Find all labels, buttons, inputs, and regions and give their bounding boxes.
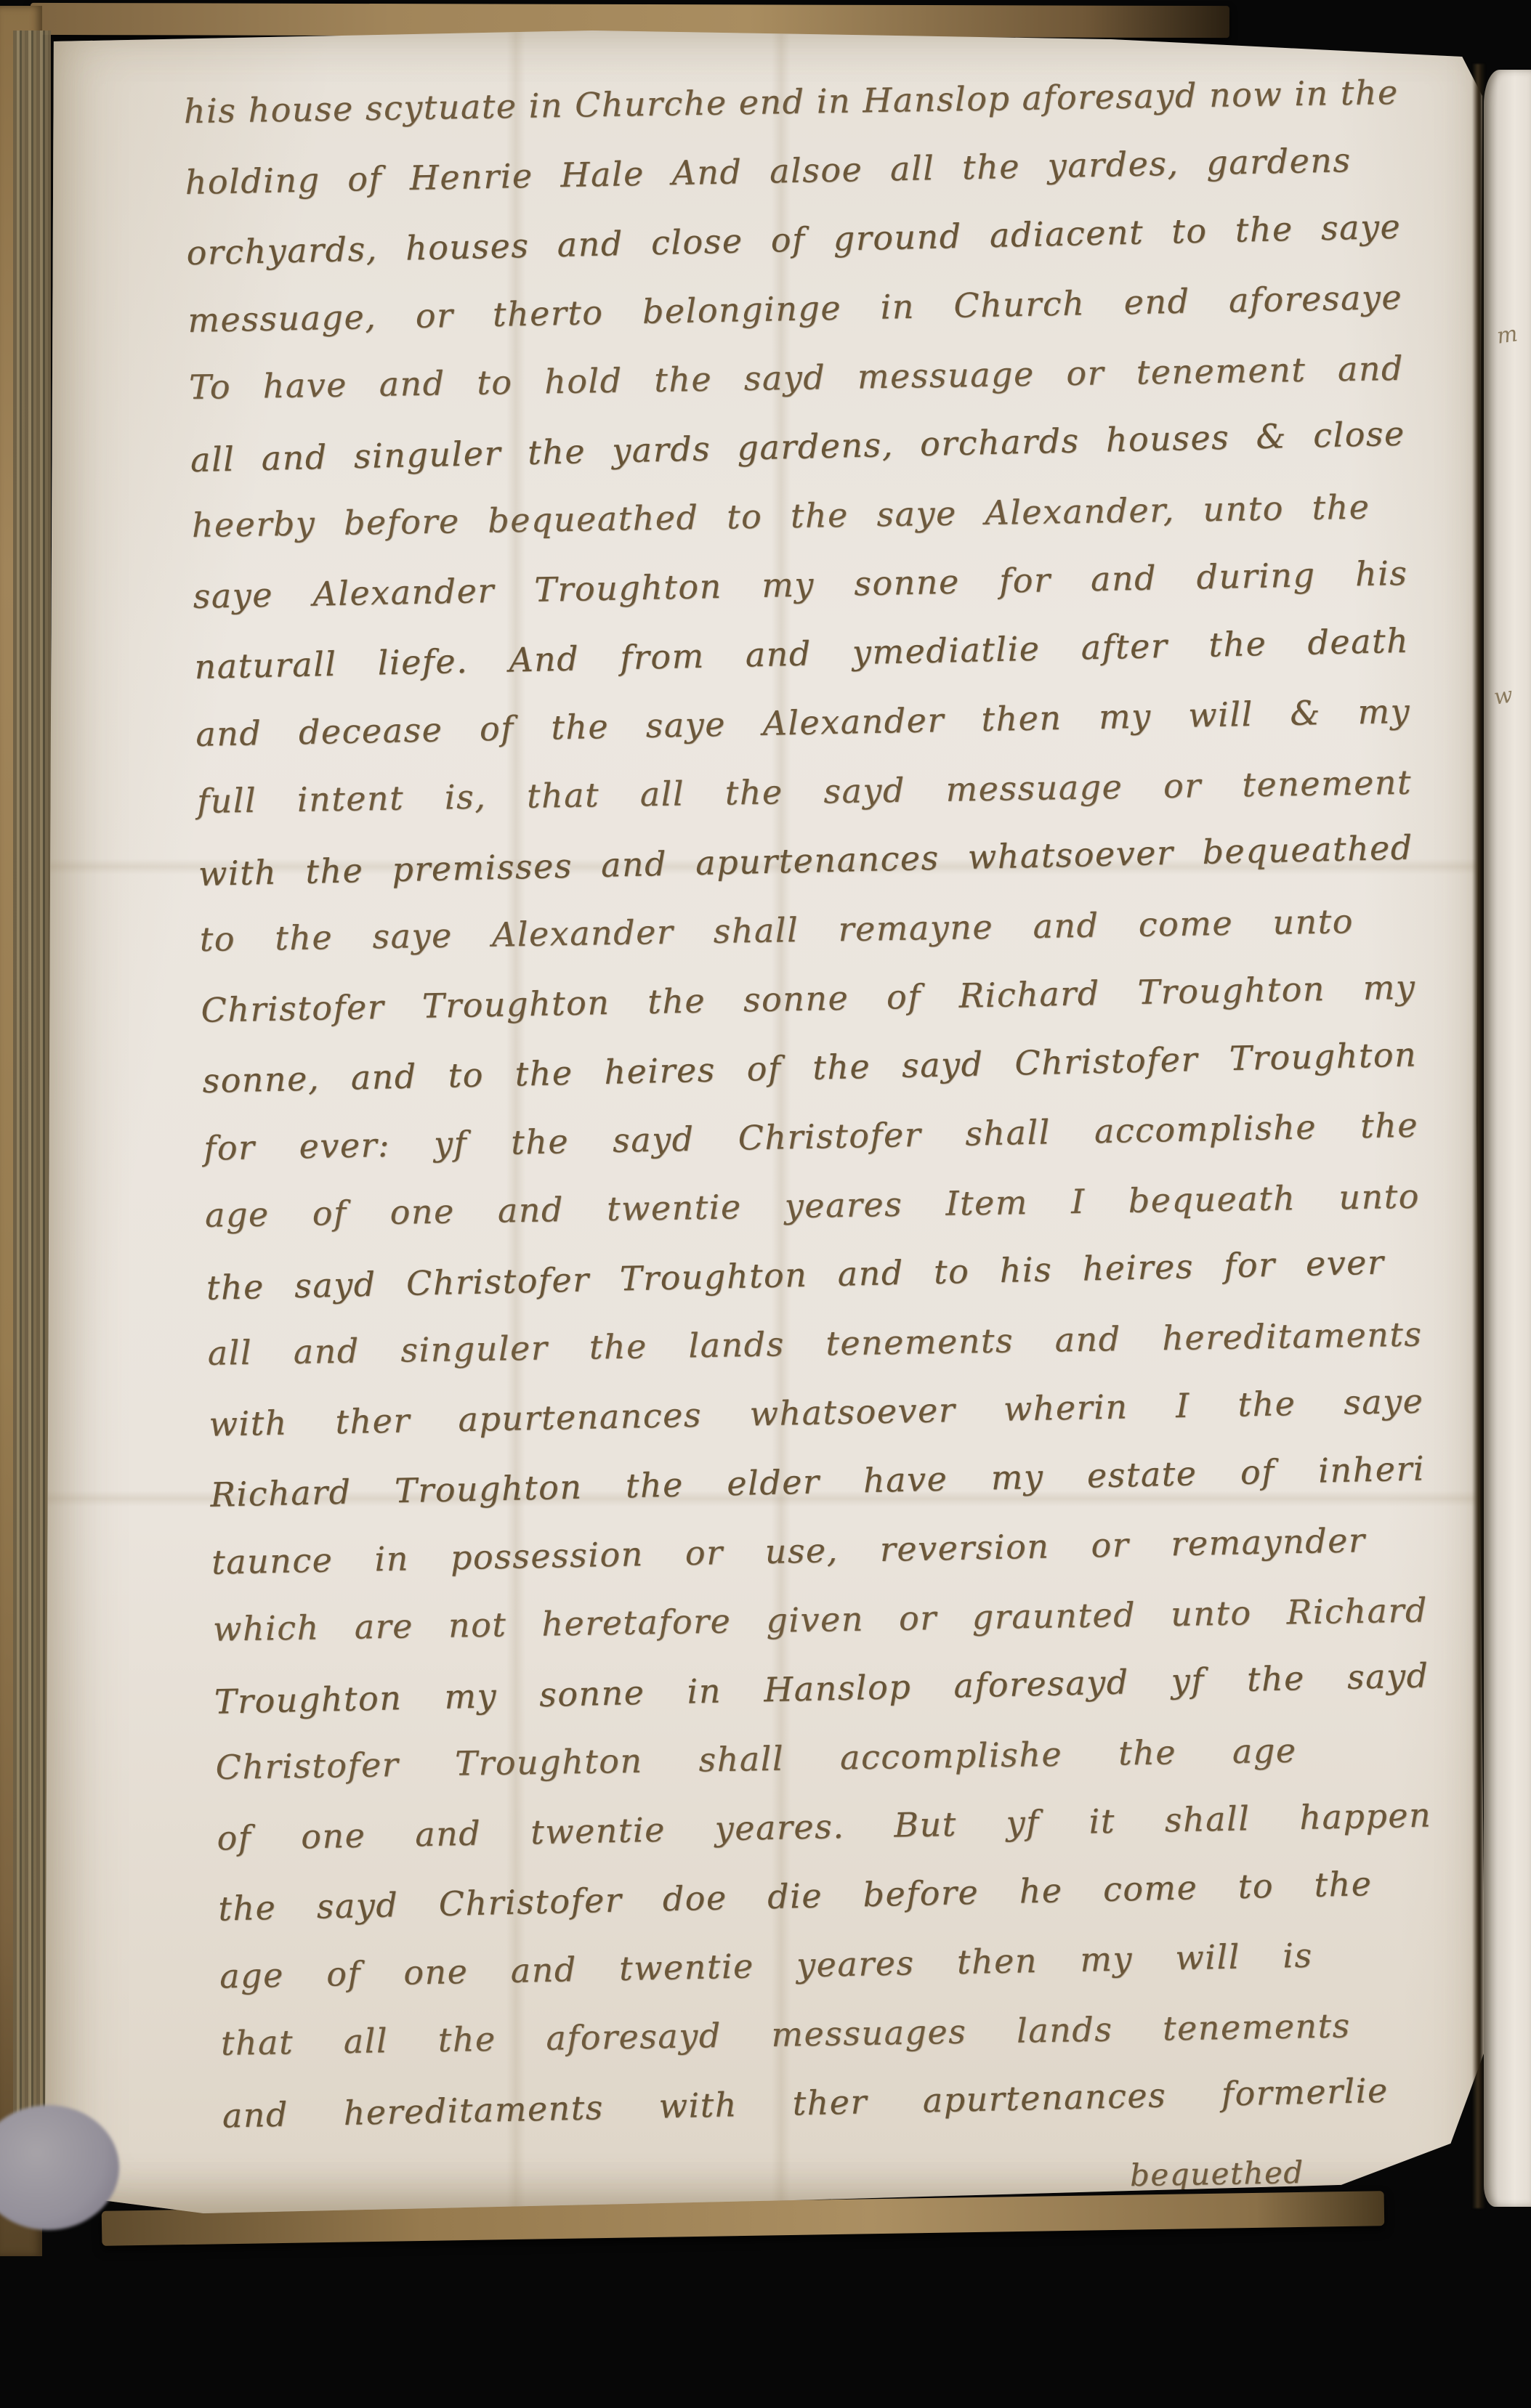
stray-ink-mark: m xyxy=(1495,321,1519,349)
page-leaf-edges xyxy=(13,31,51,2210)
photo-of-manuscript: hishousescytuateinChurcheendinHanslopafo… xyxy=(0,0,1531,2408)
catchword: bequethed xyxy=(1130,2154,1305,2193)
stray-ink-mark: w xyxy=(1492,682,1514,710)
manuscript-page: hishousescytuateinChurcheendinHanslopafo… xyxy=(45,31,1485,2213)
handwritten-text-block: hishousescytuateinChurcheendinHanslopafo… xyxy=(183,55,1437,2149)
facing-page-edge: m w xyxy=(1484,70,1531,2207)
